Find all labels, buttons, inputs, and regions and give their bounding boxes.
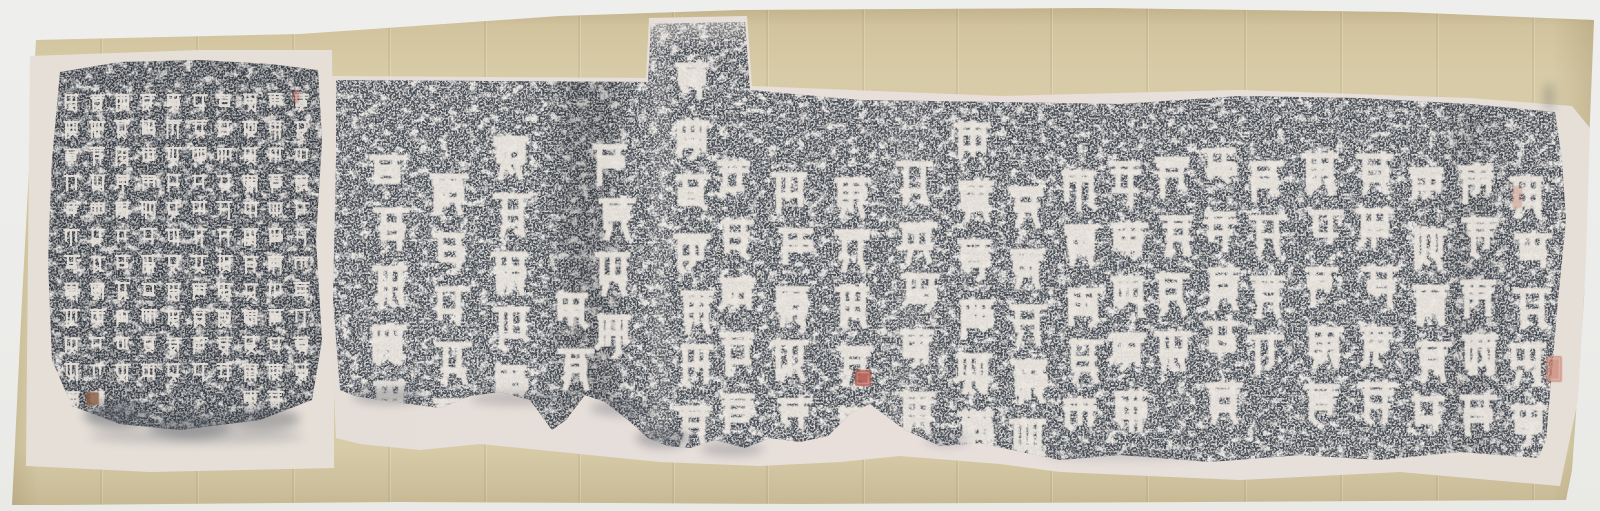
regular-character — [265, 254, 286, 275]
seal-character — [1455, 276, 1501, 322]
seal-character — [594, 195, 640, 241]
regular-character — [189, 92, 210, 113]
regular-character — [112, 146, 133, 167]
brush-smudge — [84, 402, 148, 428]
seal-character — [1242, 158, 1288, 204]
seal-character — [549, 289, 595, 335]
seal-character — [1352, 205, 1398, 251]
seal-inner-border — [1548, 358, 1560, 380]
regular-character — [265, 200, 286, 221]
colophon-rubbing-ground — [44, 54, 328, 436]
seal-character — [830, 283, 876, 329]
seal-character — [1061, 283, 1107, 329]
regular-character — [61, 119, 82, 140]
regular-character — [189, 281, 210, 302]
seal-character — [426, 170, 472, 216]
seal-character — [829, 173, 875, 219]
regular-character — [214, 308, 235, 329]
regular-character — [240, 92, 261, 113]
regular-character — [163, 200, 184, 221]
regular-character — [214, 200, 235, 221]
seal-character — [1505, 401, 1551, 447]
tiny-red-mark-colophon-corner — [293, 90, 299, 103]
regular-character — [61, 254, 82, 275]
regular-character — [61, 173, 82, 194]
seal-character — [1154, 211, 1200, 257]
regular-character — [138, 308, 159, 329]
seal-character — [1509, 284, 1555, 330]
regular-character — [138, 281, 159, 302]
regular-character — [214, 173, 235, 194]
brush-smudge — [925, 434, 969, 446]
regular-character — [214, 119, 235, 140]
regular-character — [265, 227, 286, 248]
seal-character — [1302, 208, 1348, 254]
regular-character — [214, 92, 235, 113]
regular-character — [265, 389, 286, 410]
regular-character — [189, 119, 210, 140]
regular-character — [87, 92, 108, 113]
seal-character — [1297, 150, 1343, 196]
brush-smudge — [88, 428, 304, 444]
seal-character — [1200, 319, 1246, 365]
seal-character — [1007, 358, 1053, 404]
seal-character — [1196, 147, 1242, 193]
regular-character — [138, 227, 159, 248]
seal-character — [591, 313, 637, 359]
regular-character — [291, 308, 312, 329]
seal-character — [1410, 337, 1456, 383]
regular-character — [163, 308, 184, 329]
brush-smudge — [352, 388, 426, 404]
seal-character — [669, 171, 715, 217]
regular-character — [214, 362, 235, 383]
regular-character — [112, 281, 133, 302]
seal-character — [588, 141, 634, 187]
regular-character — [138, 200, 159, 221]
regular-character — [214, 281, 235, 302]
regular-character — [61, 92, 82, 113]
seal-character — [895, 218, 941, 264]
regular-character — [163, 146, 184, 167]
regular-character — [189, 254, 210, 275]
seal-character — [669, 58, 715, 104]
regular-character — [163, 362, 184, 383]
seal-character — [771, 393, 817, 439]
seal-character — [954, 295, 1000, 341]
seal-character — [1149, 155, 1195, 201]
regular-character — [265, 146, 286, 167]
regular-character — [291, 200, 312, 221]
seal-character — [715, 389, 761, 435]
regular-character — [87, 281, 108, 302]
regular-character — [87, 173, 108, 194]
regular-character — [265, 281, 286, 302]
regular-character — [138, 335, 159, 356]
seal-character — [428, 283, 474, 329]
rubbing-scroll-photo — [0, 0, 1600, 511]
regular-character — [214, 254, 235, 275]
seal-character — [1201, 265, 1247, 311]
seal-character — [487, 134, 533, 180]
regular-character — [214, 335, 235, 356]
regular-character — [214, 227, 235, 248]
seal-character — [1504, 341, 1550, 387]
regular-character — [189, 200, 210, 221]
regular-character — [240, 200, 261, 221]
seal-character — [1243, 330, 1289, 376]
regular-character — [265, 119, 286, 140]
brush-smudge — [470, 392, 560, 405]
regular-character — [112, 92, 133, 113]
regular-character — [291, 173, 312, 194]
seal-character — [1457, 330, 1503, 376]
regular-character — [138, 146, 159, 167]
regular-character — [265, 92, 286, 113]
seal-character — [1106, 218, 1152, 264]
seal-character — [1458, 214, 1504, 260]
seal-character — [892, 160, 938, 206]
faint-red-smudge-right — [1512, 186, 1522, 208]
seal-character — [1108, 387, 1154, 433]
seal-character — [1407, 281, 1453, 327]
regular-character — [87, 362, 108, 383]
regular-character — [61, 335, 82, 356]
seal-character — [1406, 393, 1452, 439]
seal-character — [1352, 149, 1398, 195]
seal-character — [1355, 379, 1401, 425]
brush-smudge — [1544, 82, 1554, 112]
regular-character — [138, 92, 159, 113]
regular-character — [240, 119, 261, 140]
brown-spot-colophon — [86, 392, 99, 405]
seal-character — [1245, 211, 1291, 257]
regular-character — [112, 173, 133, 194]
seal-character — [1404, 163, 1450, 209]
seal-character — [1057, 395, 1103, 441]
regular-character — [265, 362, 286, 383]
seal-character — [590, 251, 636, 297]
regular-character — [61, 362, 82, 383]
brush-smudge — [700, 442, 764, 456]
seal-character — [1510, 229, 1556, 275]
seal-character — [772, 224, 818, 270]
regular-character — [112, 119, 133, 140]
seal-character — [1005, 301, 1051, 347]
seal-character — [1105, 272, 1151, 318]
regular-character — [138, 119, 159, 140]
seal-character — [952, 236, 998, 282]
regular-character — [265, 335, 286, 356]
seal-character — [669, 230, 715, 276]
seal-character — [1004, 183, 1050, 229]
regular-character — [240, 173, 261, 194]
seal-character — [1454, 162, 1500, 208]
regular-character — [163, 281, 184, 302]
seal-character — [426, 229, 472, 275]
regular-character — [87, 335, 108, 356]
regular-character — [189, 173, 210, 194]
regular-character — [112, 254, 133, 275]
regular-character — [61, 308, 82, 329]
regular-character — [112, 362, 133, 383]
seal-character — [1102, 160, 1148, 206]
seal-character — [1357, 263, 1403, 309]
seal-character — [1105, 331, 1151, 377]
seal-character — [949, 120, 995, 166]
regular-character — [163, 254, 184, 275]
seal-character — [951, 349, 997, 395]
seal-character — [714, 215, 760, 261]
brush-smudge — [636, 428, 690, 448]
seal-character — [489, 305, 535, 351]
seal-character — [670, 116, 716, 162]
regular-character — [112, 200, 133, 221]
regular-character — [265, 308, 286, 329]
seal-character — [1354, 322, 1400, 368]
seal-character — [715, 274, 761, 320]
seal-character — [487, 250, 533, 296]
seal-character — [1245, 273, 1291, 319]
regular-character — [214, 146, 235, 167]
regular-character — [240, 389, 261, 410]
seal-character — [830, 227, 876, 273]
regular-character — [112, 227, 133, 248]
seal-character — [1150, 326, 1196, 372]
regular-character — [291, 146, 312, 167]
seal-character — [489, 192, 535, 238]
seal-character — [1197, 208, 1243, 254]
regular-character — [189, 362, 210, 383]
seal-inner-border — [857, 372, 869, 384]
brush-smudge — [1040, 450, 1200, 460]
seal-character — [368, 262, 414, 308]
regular-character — [189, 308, 210, 329]
brush-smudge — [590, 400, 660, 416]
seal-character — [674, 343, 720, 389]
seal-character — [365, 320, 411, 366]
seal-character — [674, 289, 720, 335]
seal-character — [1058, 221, 1104, 267]
regular-character — [87, 308, 108, 329]
brush-smudge — [228, 408, 300, 430]
seal-character — [1056, 168, 1102, 214]
seal-character — [1004, 244, 1050, 290]
seal-character — [768, 336, 814, 382]
small-red-collector-seal — [855, 370, 871, 386]
seal-character — [894, 328, 940, 374]
seal-character — [1406, 224, 1452, 270]
seal-character — [1455, 391, 1501, 437]
seal-character — [953, 177, 999, 223]
regular-character — [112, 308, 133, 329]
regular-character — [163, 119, 184, 140]
regular-character — [87, 254, 108, 275]
regular-character — [265, 173, 286, 194]
regular-character — [138, 173, 159, 194]
seal-character — [1300, 381, 1346, 427]
regular-character — [61, 200, 82, 221]
seal-character — [767, 169, 813, 215]
regular-character — [189, 227, 210, 248]
seal-character — [769, 282, 815, 328]
seal-character — [711, 158, 757, 204]
regular-character — [240, 254, 261, 275]
regular-character — [61, 227, 82, 248]
red-seal-right-edge-partial — [1546, 356, 1562, 382]
regular-character — [189, 146, 210, 167]
seal-character — [369, 206, 415, 252]
regular-character — [291, 281, 312, 302]
regular-character — [61, 281, 82, 302]
regular-character — [112, 335, 133, 356]
seal-character — [364, 151, 410, 197]
seal-character — [715, 331, 761, 377]
seal-character — [431, 339, 477, 385]
regular-character — [138, 254, 159, 275]
regular-character — [240, 335, 261, 356]
regular-character — [240, 308, 261, 329]
seal-character — [1298, 262, 1344, 308]
seal-character — [1504, 173, 1550, 219]
regular-character — [163, 173, 184, 194]
seal-character — [1201, 379, 1247, 425]
seal-character — [897, 272, 943, 318]
seal-character — [1062, 338, 1108, 384]
regular-character — [240, 362, 261, 383]
seal-character — [1302, 323, 1348, 369]
regular-character — [163, 227, 184, 248]
regular-character — [291, 362, 312, 383]
regular-character — [61, 146, 82, 167]
regular-character — [240, 281, 261, 302]
seal-character — [1150, 270, 1196, 316]
regular-character — [291, 254, 312, 275]
regular-character — [87, 119, 108, 140]
regular-character — [291, 119, 312, 140]
regular-character — [138, 362, 159, 383]
regular-character — [189, 335, 210, 356]
regular-character — [163, 92, 184, 113]
regular-character — [163, 335, 184, 356]
regular-character — [87, 227, 108, 248]
regular-character — [240, 146, 261, 167]
regular-character — [87, 200, 108, 221]
regular-character — [291, 335, 312, 356]
regular-character — [291, 227, 312, 248]
regular-character — [240, 227, 261, 248]
regular-character — [87, 146, 108, 167]
